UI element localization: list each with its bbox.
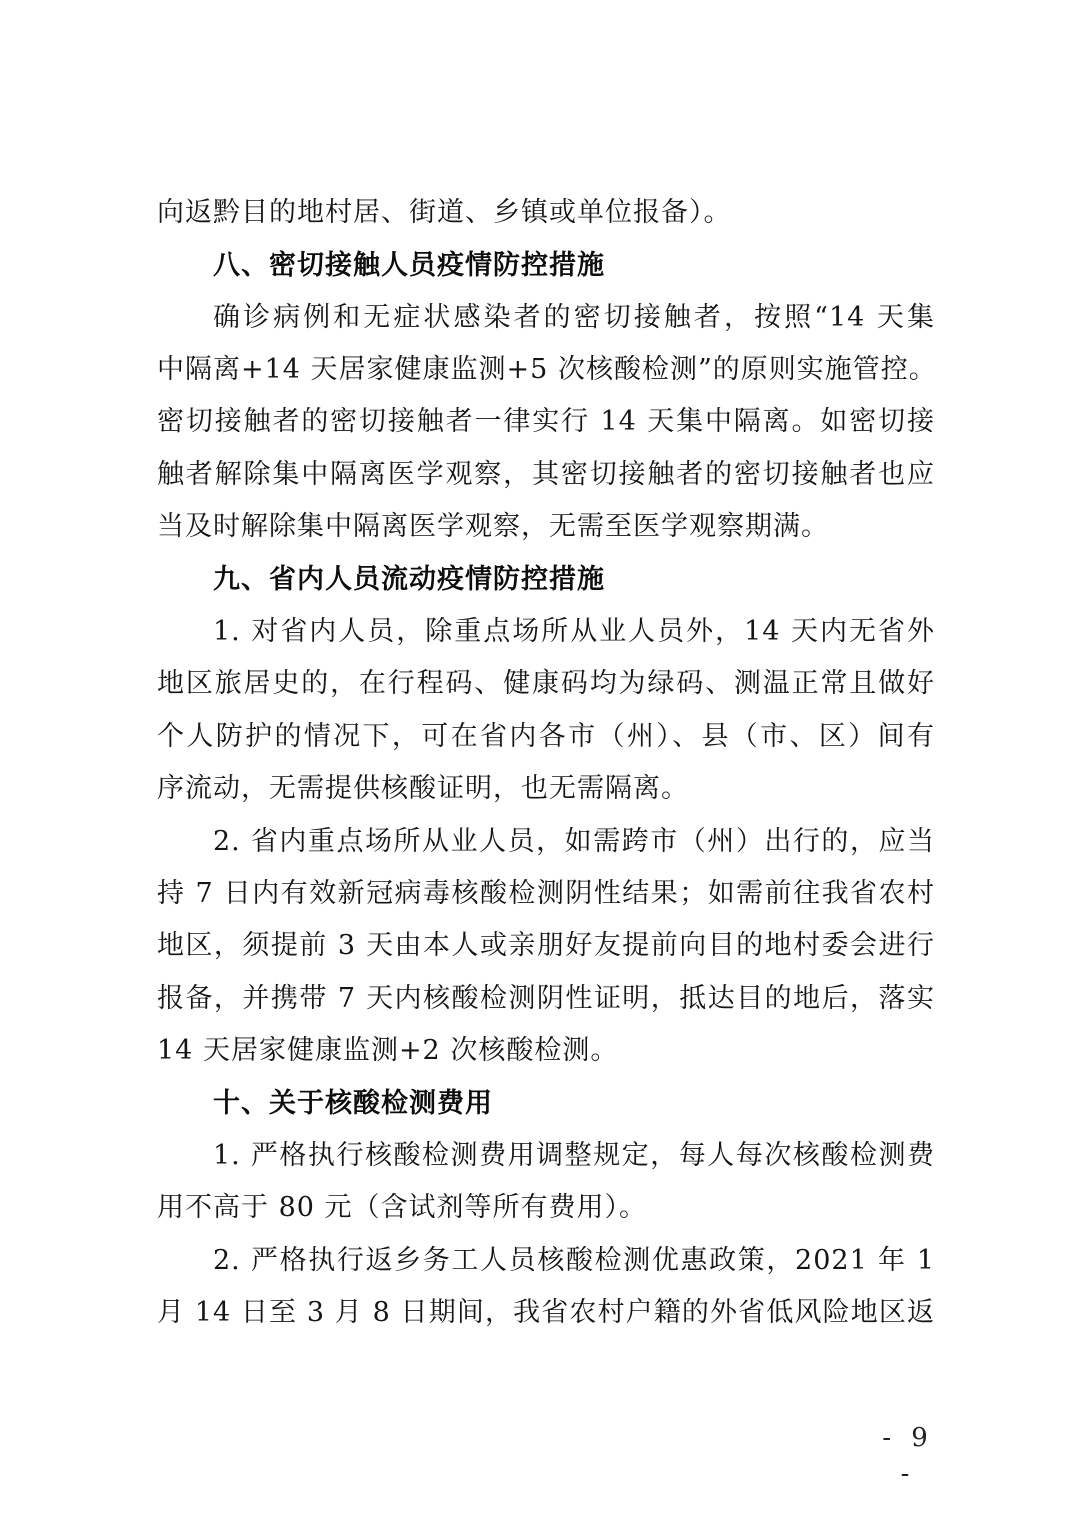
paragraph-line: 个人防护的情况下，可在省内各市（州）、县（市、区）间有 (157, 717, 935, 757)
paragraph-line: 用不高于 80 元（含试剂等所有费用）。 (157, 1188, 935, 1228)
paragraph-line: 地区旅居史的，在行程码、健康码均为绿码、测温正常且做好 (157, 664, 935, 704)
paragraph-line: 2. 严格执行返乡务工人员核酸检测优惠政策，2021 年 1 (213, 1241, 935, 1281)
paragraph-line: 2. 省内重点场所从业人员，如需跨市（州）出行的，应当 (213, 822, 935, 862)
page-number: - 9 - (868, 1420, 948, 1456)
paragraph-line: 向返黔目的地村居、街道、乡镇或单位报备）。 (157, 193, 935, 233)
paragraph-line: 报备，并携带 7 天内核酸检测阴性证明，抵达目的地后，落实 (157, 979, 935, 1019)
paragraph-line: 月 14 日至 3 月 8 日期间，我省农村户籍的外省低风险地区返 (157, 1293, 935, 1333)
paragraph-line: 当及时解除集中隔离医学观察，无需至医学观察期满。 (157, 507, 935, 547)
paragraph-line: 1. 严格执行核酸检测费用调整规定，每人每次核酸检测费 (213, 1136, 935, 1176)
paragraph-line: 中隔离+14 天居家健康监测+5 次核酸检测”的原则实施管控。 (157, 350, 935, 390)
paragraph-line: 确诊病例和无症状感染者的密切接触者，按照“14 天集 (213, 298, 935, 338)
paragraph-line: 地区，须提前 3 天由本人或亲朋好友提前向目的地村委会进行 (157, 926, 935, 966)
paragraph-line: 持 7 日内有效新冠病毒核酸检测阴性结果；如需前往我省农村 (157, 874, 935, 914)
section-heading-8: 八、密切接触人员疫情防控措施 (213, 246, 605, 286)
section-heading-9: 九、省内人员流动疫情防控措施 (213, 560, 605, 600)
section-heading-10: 十、关于核酸检测费用 (213, 1084, 493, 1124)
paragraph-line: 触者解除集中隔离医学观察，其密切接触者的密切接触者也应 (157, 455, 935, 495)
paragraph-line: 1. 对省内人员，除重点场所从业人员外，14 天内无省外 (213, 612, 935, 652)
paragraph-line: 14 天居家健康监测+2 次核酸检测。 (157, 1031, 935, 1071)
document-page: 向返黔目的地村居、街道、乡镇或单位报备）。 八、密切接触人员疫情防控措施 确诊病… (0, 0, 1080, 1526)
paragraph-line: 密切接触者的密切接触者一律实行 14 天集中隔离。如密切接 (157, 402, 935, 442)
paragraph-line: 序流动，无需提供核酸证明，也无需隔离。 (157, 769, 935, 809)
